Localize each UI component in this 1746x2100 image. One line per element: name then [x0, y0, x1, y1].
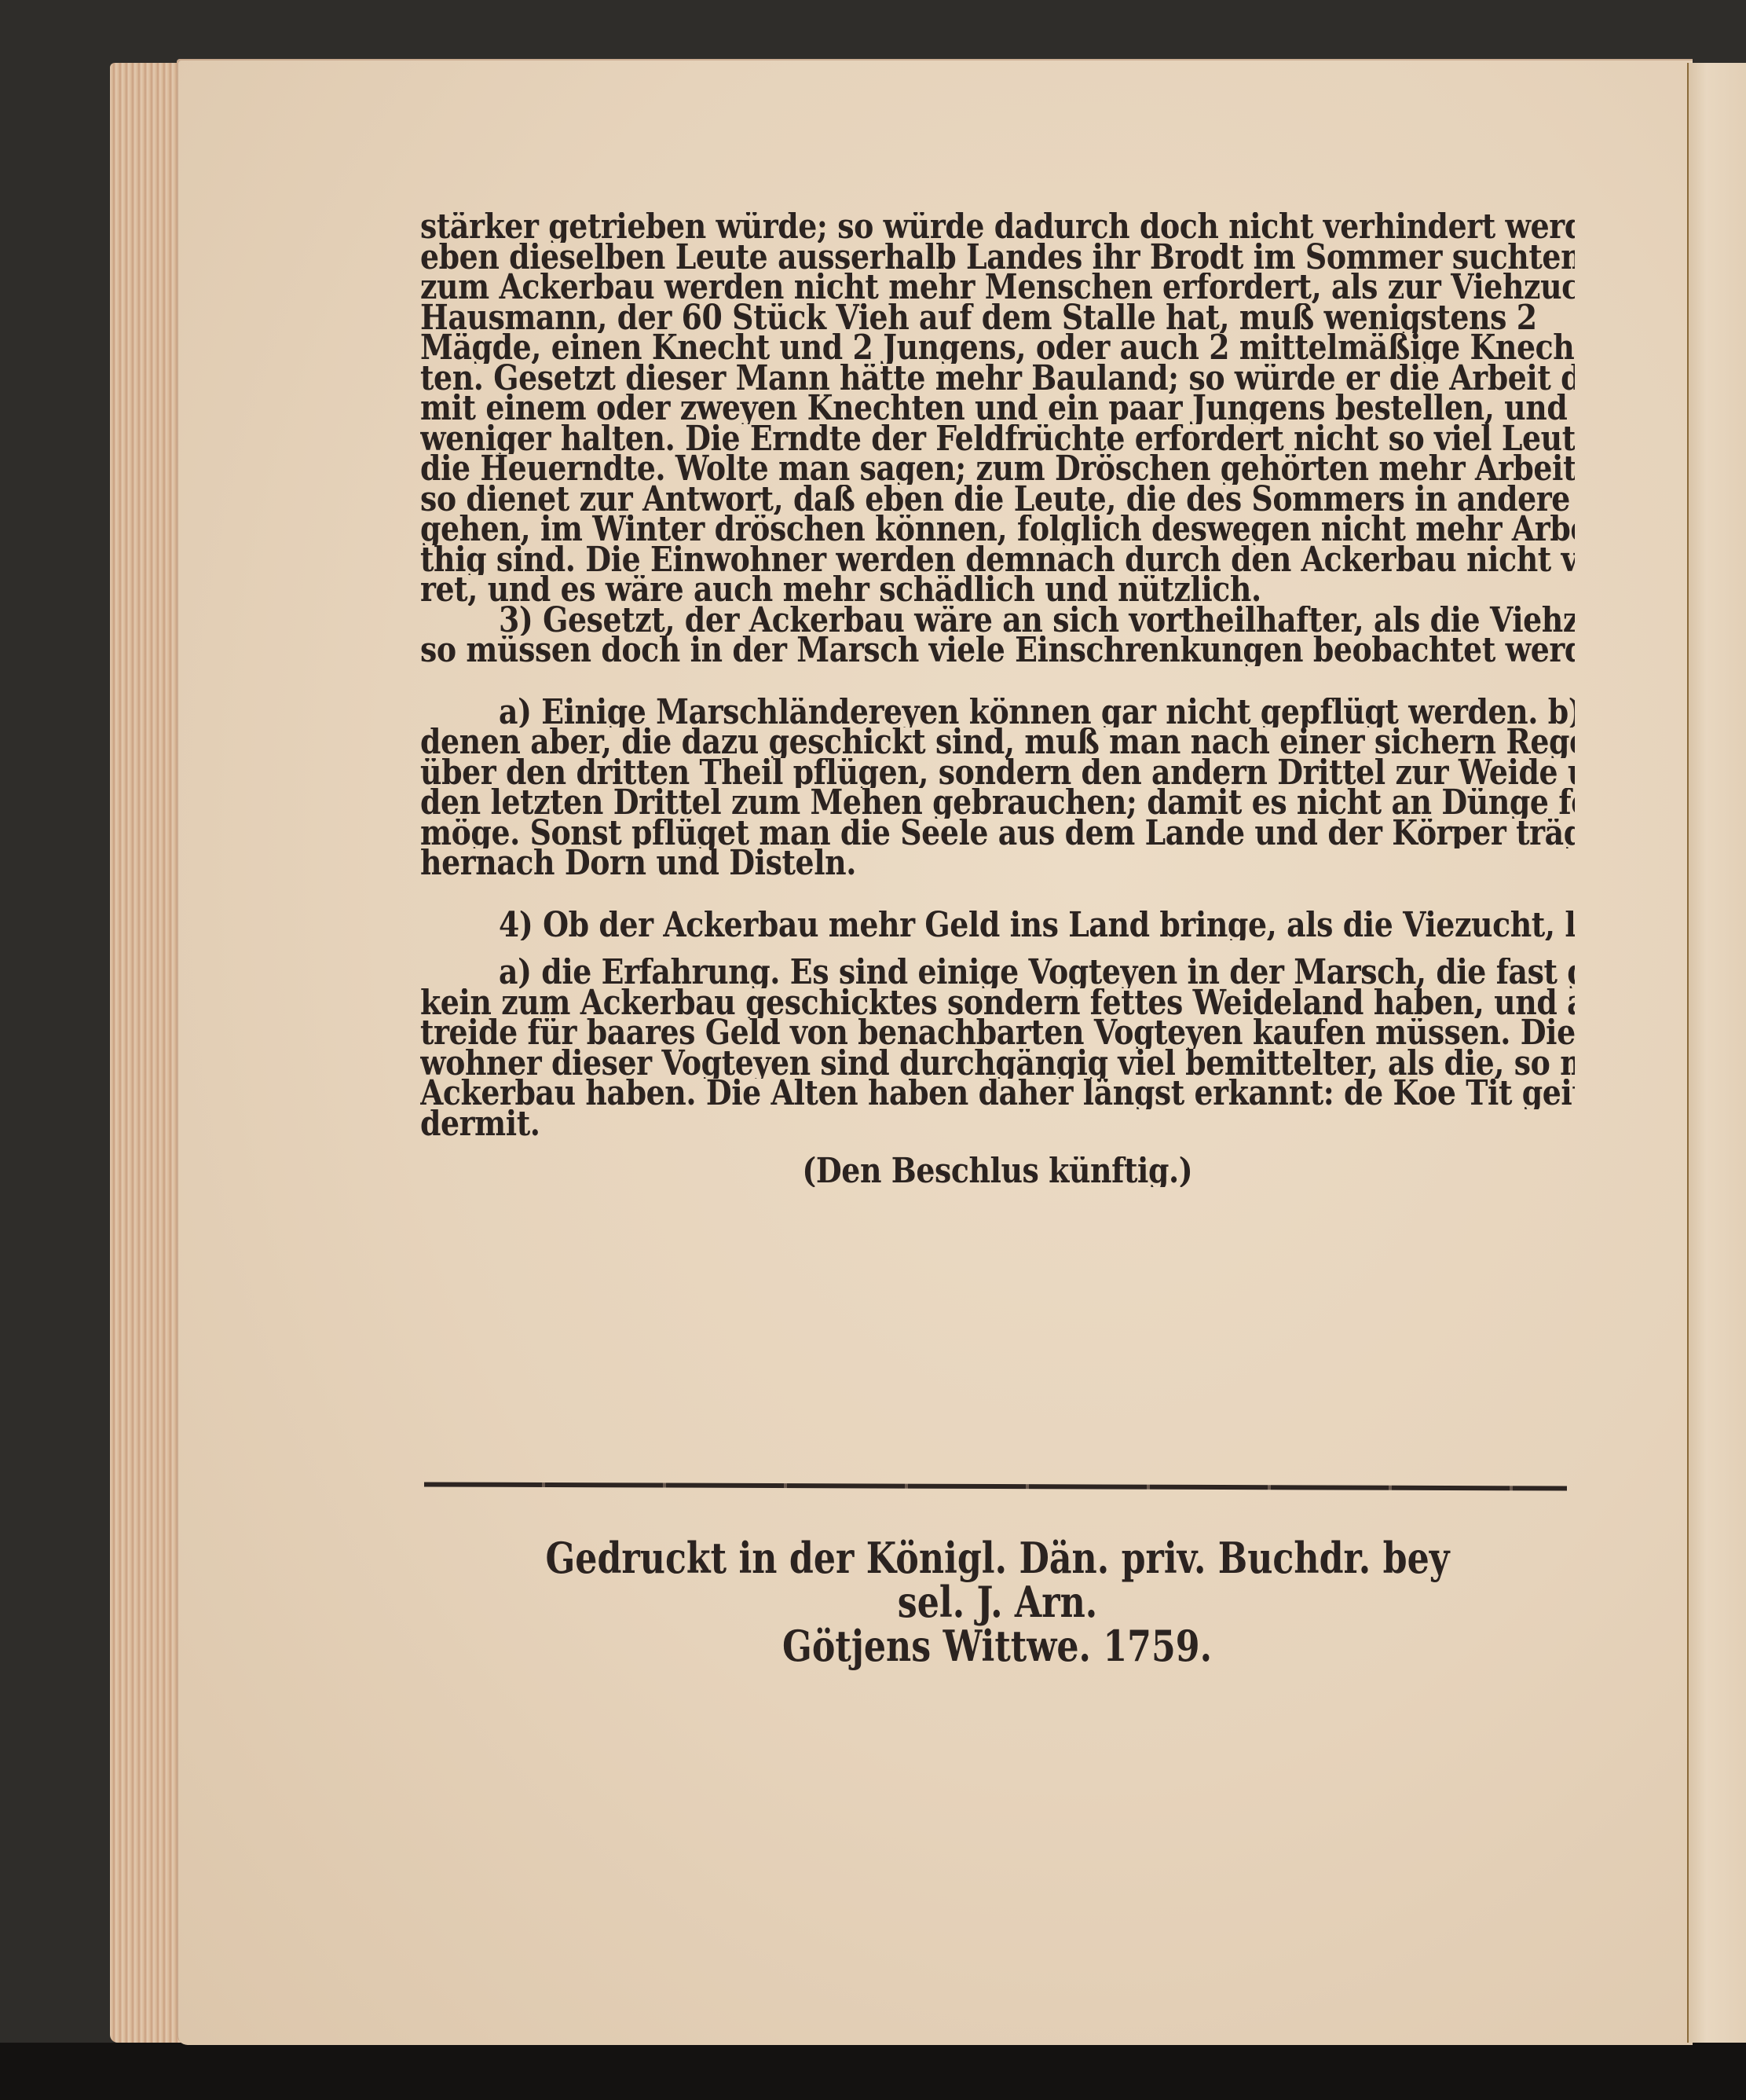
- text-line: mit einem oder zweyen Knechten und ein p…: [420, 394, 1575, 424]
- text-line: stärker getrieben würde; so würde dadurc…: [420, 212, 1575, 243]
- text-line: Hausmann, der 60 Stück Vieh auf dem Stal…: [420, 303, 1575, 334]
- text-line: weniger halten. Die Erndte der Feldfrüch…: [420, 424, 1575, 455]
- text-line: über den dritten Theil pflügen, sondern …: [420, 758, 1575, 789]
- text-line: dermit.: [420, 1109, 1575, 1140]
- text-line: zum Ackerbau werden nicht mehr Menschen …: [420, 273, 1575, 303]
- imprint-line-2: Götjens Wittwe. 1759.: [782, 1624, 1212, 1668]
- text-line: 3) Gesetzt, der Ackerbau wäre an sich vo…: [420, 606, 1575, 636]
- paragraph-4a: a) die Erfahrung. Es sind einige Vogteye…: [420, 958, 1575, 1139]
- paragraph-3a: a) Einige Marschländereyen können gar ni…: [420, 698, 1575, 879]
- next-page-fold: [1687, 63, 1746, 2043]
- paragraph-3: 3) Gesetzt, der Ackerbau wäre an sich vo…: [420, 606, 1575, 666]
- imprint-line-1: Gedruckt in der Königl. Dän. priv. Buchd…: [514, 1536, 1481, 1624]
- text-line: a) Einige Marschländereyen können gar ni…: [420, 698, 1575, 728]
- text-line: den letzten Drittel zum Mehen gebrauchen…: [420, 788, 1575, 819]
- text-line: so dienet zur Antwort, daß eben die Leut…: [420, 485, 1575, 515]
- text-line: gehen, im Winter dröschen können, folgli…: [420, 515, 1575, 545]
- continuation-note: (Den Beschlus künftig.): [420, 1156, 1575, 1187]
- text-line: hernach Dorn und Disteln.: [420, 848, 1575, 879]
- text-line: treide für baares Geld von benachbarten …: [420, 1018, 1575, 1049]
- text-line: eben dieselben Leute ausserhalb Landes i…: [420, 243, 1575, 273]
- text-line: denen aber, die dazu geschickt sind, muß…: [420, 727, 1575, 758]
- text-line: Ackerbau haben. Die Alten haben daher lä…: [420, 1079, 1575, 1109]
- text-line: wohner dieser Vogteyen sind durchgängig …: [420, 1049, 1575, 1079]
- printer-imprint: Gedruckt in der Königl. Dän. priv. Buchd…: [408, 1536, 1587, 1668]
- text-line: thig sind. Die Einwohner werden demnach …: [420, 545, 1575, 576]
- paragraph-4: 4) Ob der Ackerbau mehr Geld ins Land br…: [420, 911, 1575, 941]
- text-line: Mägde, einen Knecht und 2 Jungens, oder …: [420, 333, 1575, 364]
- text-line: so müssen doch in der Marsch viele Einsc…: [420, 636, 1575, 666]
- text-line: ten. Gesetzt dieser Mann hätte mehr Baul…: [420, 364, 1575, 394]
- page-text: stärker getrieben würde; so würde dadurc…: [420, 212, 1575, 1187]
- text-line: ret, und es wäre auch mehr schädlich und…: [420, 575, 1575, 606]
- scan-backdrop: [0, 2043, 1746, 2100]
- text-line: 4) Ob der Ackerbau mehr Geld ins Land br…: [420, 911, 1575, 941]
- text-line: kein zum Ackerbau geschicktes sondern fe…: [420, 988, 1575, 1019]
- text-line: die Heuerndte. Wolte man sagen; zum Drös…: [420, 454, 1575, 485]
- paragraph-continued: stärker getrieben würde; so würde dadurc…: [420, 212, 1575, 606]
- text-line: a) die Erfahrung. Es sind einige Vogteye…: [420, 958, 1575, 988]
- text-line: möge. Sonst pflüget man die Seele aus de…: [420, 819, 1575, 849]
